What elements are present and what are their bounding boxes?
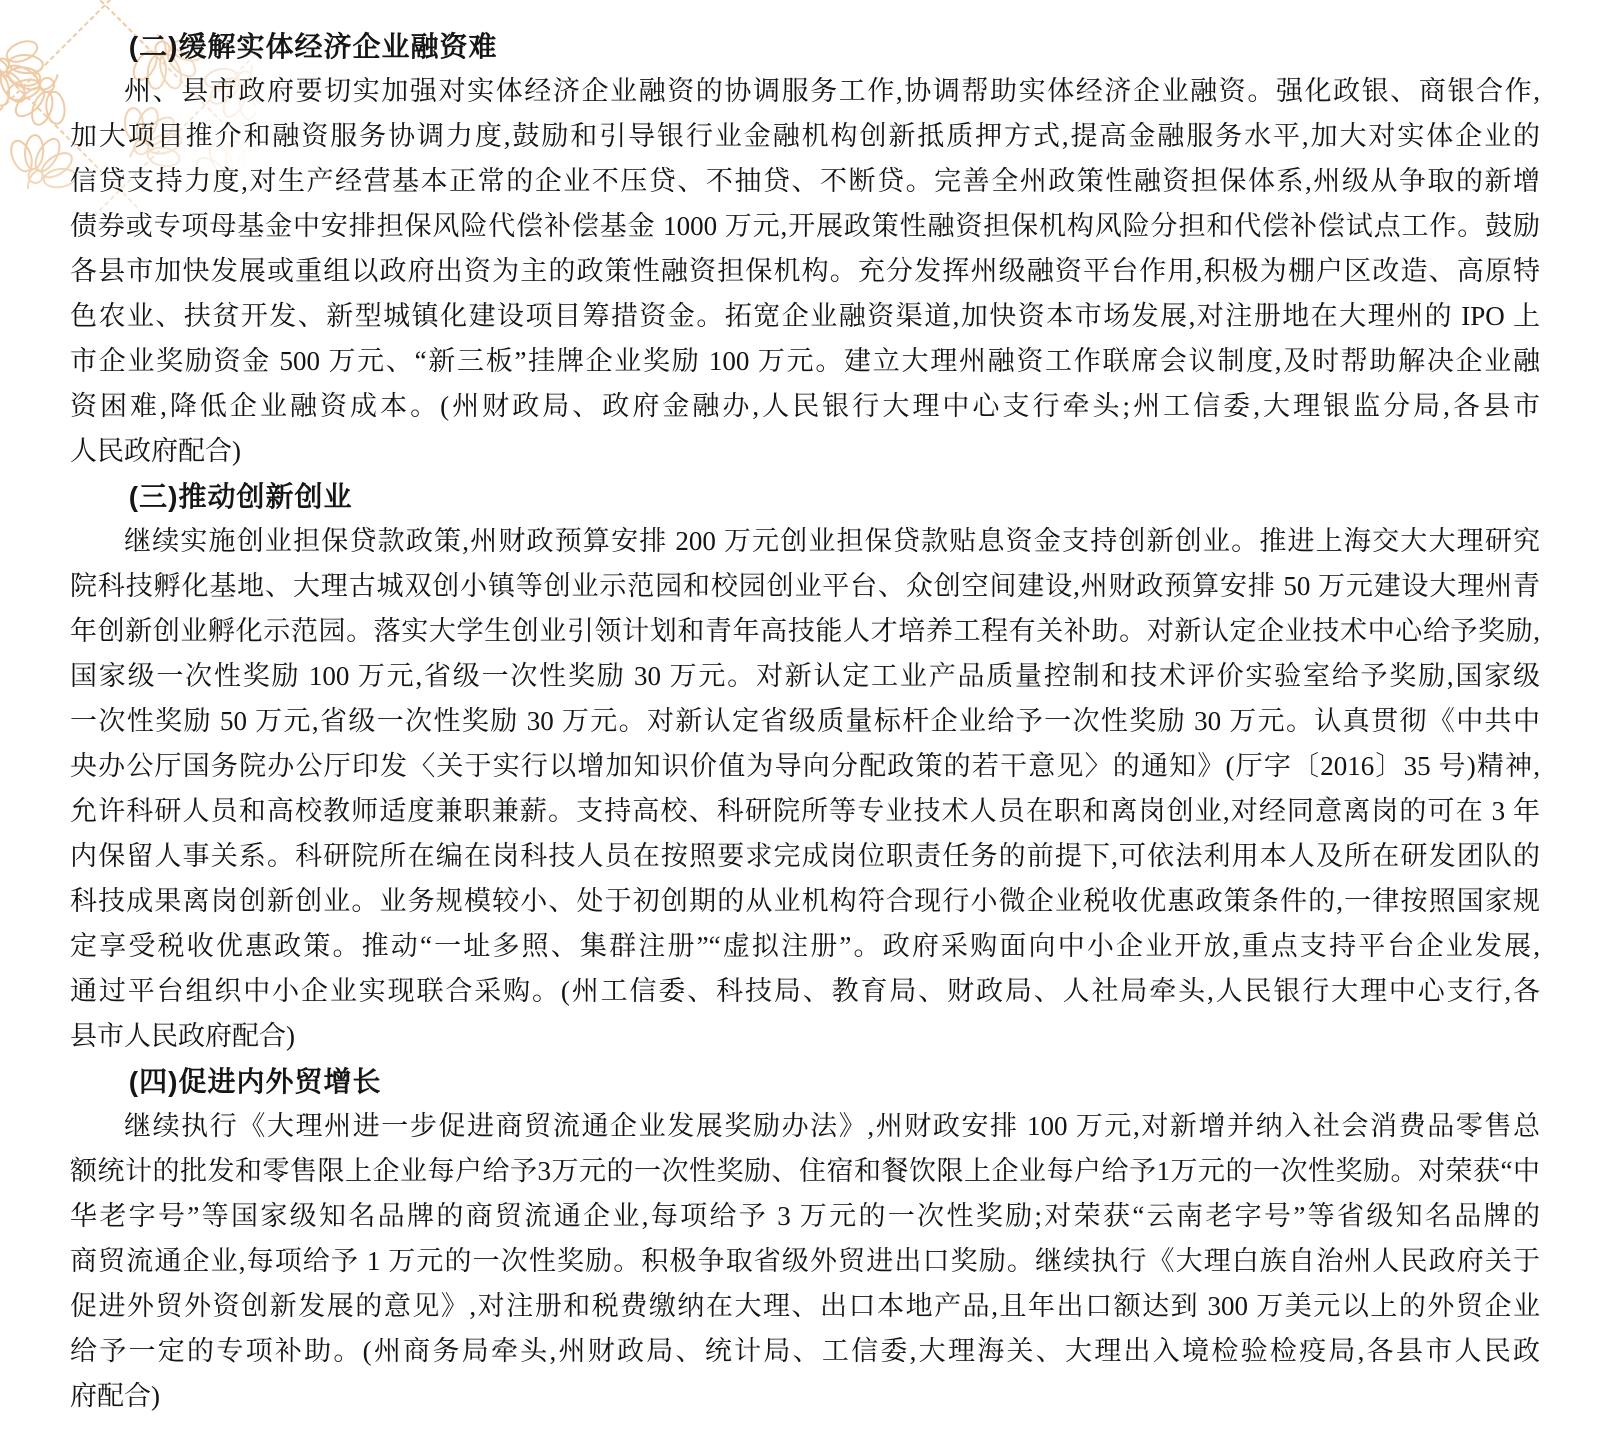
paragraph-line: 额统计的批发和零售限上企业每户给予3万元的一次性奖励、住宿和餐饮限上企业每户给予… [70, 1149, 1540, 1194]
paragraph-line: 继续执行《大理州进一步促进商贸流通企业发展奖励办法》,州财政安排 100 万元,… [70, 1104, 1540, 1149]
paragraph-line: 华老字号”等国家级知名品牌的商贸流通企业,每项给予 3 万元的一次性奖励;对荣获… [70, 1194, 1540, 1239]
document-content: (二)缓解实体经济企业融资难 州、县市政府要切实加强对实体经济企业融资的协调服务… [70, 24, 1540, 1419]
paragraph-line: 内保留人事关系。科研院所在编在岗科技人员在按照要求完成岗位职责任务的前提下,可依… [70, 834, 1540, 879]
paragraph-line: 州、县市政府要切实加强对实体经济企业融资的协调服务工作,协调帮助实体经济企业融资… [70, 69, 1540, 114]
section-2-heading: (二)缓解实体经济企业融资难 [70, 24, 1540, 69]
paragraph-line: 定享受税收优惠政策。推动“一址多照、集群注册”“虚拟注册”。政府采购面向中小企业… [70, 924, 1540, 969]
paragraph-line: 信贷支持力度,对生产经营基本正常的企业不压贷、不抽贷、不断贷。完善全州政策性融资… [70, 159, 1540, 204]
paragraph-line: 年创新创业孵化示范园。落实大学生创业引领计划和青年高技能人才培养工程有关补助。对… [70, 609, 1540, 654]
paragraph-line: 一次性奖励 50 万元,省级一次性奖励 30 万元。对新认定省级质量标杆企业给予… [70, 699, 1540, 744]
paragraph-line: 继续实施创业担保贷款政策,州财政预算安排 200 万元创业担保贷款贴息资金支持创… [70, 519, 1540, 564]
paragraph-line: 促进外贸外资创新发展的意见》,对注册和税费缴纳在大理、出口本地产品,且年出口额达… [70, 1284, 1540, 1329]
paragraph-line: 人民政府配合) [70, 429, 1540, 474]
paragraph-line: 商贸流通企业,每项给予 1 万元的一次性奖励。积极争取省级外贸进出口奖励。继续执… [70, 1239, 1540, 1284]
paragraph-line: 市企业奖励资金 500 万元、“新三板”挂牌企业奖励 100 万元。建立大理州融… [70, 339, 1540, 384]
section-3-heading: (三)推动创新创业 [70, 474, 1540, 519]
paragraph-line: 债券或专项母基金中安排担保风险代偿补偿基金 1000 万元,开展政策性融资担保机… [70, 204, 1540, 249]
paragraph-line: 加大项目推介和融资服务协调力度,鼓励和引导银行业金融机构创新抵质押方式,提高金融… [70, 114, 1540, 159]
document-page: (二)缓解实体经济企业融资难 州、县市政府要切实加强对实体经济企业融资的协调服务… [0, 0, 1600, 1456]
paragraph-line: 允许科研人员和高校教师适度兼职兼薪。支持高校、科研院所等专业技术人员在职和离岗创… [70, 789, 1540, 834]
section-4-heading: (四)促进内外贸增长 [70, 1059, 1540, 1104]
paragraph-line: 国家级一次性奖励 100 万元,省级一次性奖励 30 万元。对新认定工业产品质量… [70, 654, 1540, 699]
paragraph-line: 院科技孵化基地、大理古城双创小镇等创业示范园和校园创业平台、众创空间建设,州财政… [70, 564, 1540, 609]
paragraph-line: 科技成果离岗创新创业。业务规模较小、处于初创期的从业机构符合现行小微企业税收优惠… [70, 879, 1540, 924]
paragraph-line: 央办公厅国务院办公厅印发〈关于实行以增加知识价值为导向分配政策的若干意见〉的通知… [70, 744, 1540, 789]
paragraph-line: 给予一定的专项补助。(州商务局牵头,州财政局、统计局、工信委,大理海关、大理出入… [70, 1329, 1540, 1374]
paragraph-line: 通过平台组织中小企业实现联合采购。(州工信委、科技局、教育局、财政局、人社局牵头… [70, 969, 1540, 1014]
paragraph-line: 色农业、扶贫开发、新型城镇化建设项目筹措资金。拓宽企业融资渠道,加快资本市场发展… [70, 294, 1540, 339]
paragraph-line: 资困难,降低企业融资成本。(州财政局、政府金融办,人民银行大理中心支行牵头;州工… [70, 384, 1540, 429]
paragraph-line: 府配合) [70, 1374, 1540, 1419]
paragraph-line: 各县市加快发展或重组以政府出资为主的政策性融资担保机构。充分发挥州级融资平台作用… [70, 249, 1540, 294]
paragraph-line: 县市人民政府配合) [70, 1014, 1540, 1059]
